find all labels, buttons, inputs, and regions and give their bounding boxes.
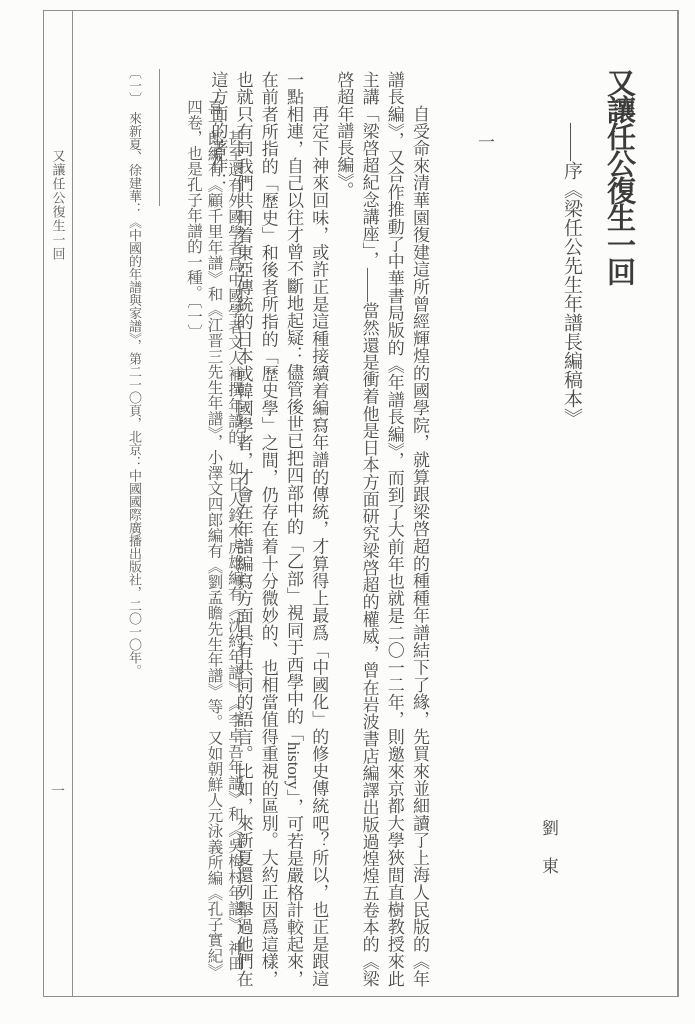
footnote: 〔一〕 來新夏、徐建華：《中國的年譜與家譜》，第二一〇頁，北京：中國國際廣播出版…: [104, 66, 144, 710]
scanned-book-page: { "document": { "margin": { "running_tit…: [0, 0, 695, 1024]
left-margin-strip: 又讓任公復生一回 一: [44, 11, 73, 996]
quote-paragraph: 甚至還有外國學者爲中國學者文人補撰年譜的，如日人鈴木虎雄編有《沈約年譜》、《李卓…: [183, 99, 245, 971]
author-name: 劉 東: [536, 819, 561, 876]
section-number: 一: [472, 133, 497, 150]
block-quote: 甚至還有外國學者爲中國學者文人補撰年譜的，如日人鈴木虎雄編有《沈約年譜》、《李卓…: [180, 99, 244, 971]
page-number: 一: [44, 781, 72, 801]
page-frame: 又讓任公復生一回 一 又讓任公復生一回 ——序《梁任公先生年譜長編稿本》 一 劉…: [43, 10, 679, 997]
chapter-title: 又讓任公復生一回: [597, 68, 641, 284]
chapter-subtitle: ——序《梁任公先生年譜長編稿本》: [558, 123, 584, 427]
footnote-separator-line: [159, 69, 160, 206]
paragraph: 自受命來清華園復建這所曾經輝煌的國學院，就算跟梁啓超的種種年譜結下了緣，先買來並…: [331, 71, 432, 987]
main-text: 自受命來清華園復建這所曾經輝煌的國學院，就算跟梁啓超的種種年譜結下了緣，先買來並…: [250, 71, 432, 987]
running-title: 又讓任公復生一回: [44, 149, 73, 261]
page-content: 又讓任公復生一回 ——序《梁任公先生年譜長編稿本》 一 劉 東 自受命來清華園復…: [74, 11, 677, 996]
